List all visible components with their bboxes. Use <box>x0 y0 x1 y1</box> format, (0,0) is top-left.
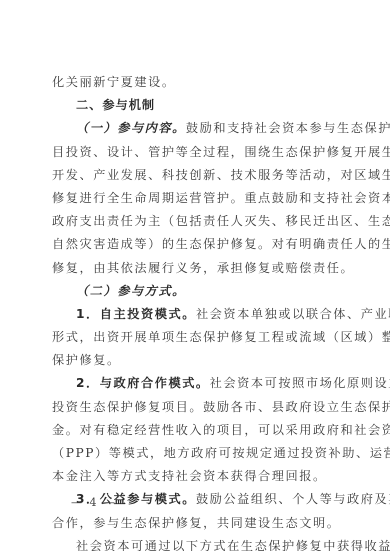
paragraph-line: 合作，参与生态保护修复，共同建设生态文明。 <box>52 512 345 535</box>
paragraph-line: 1．自主投资模式。社会资本单独或以联合体、产业联盟等 <box>52 303 345 326</box>
paragraph-line: 修复进行全生命周期运营管护。重点鼓励和支持社会资本参与以 <box>52 187 345 210</box>
body-text: 本金注入等方式支持社会资本获得合理回报。 <box>52 469 327 483</box>
paragraph-line: （一）参与内容。鼓励和支持社会资本参与生态保护修复项 <box>52 117 345 140</box>
body-text: 鼓励和支持社会资本参与生态保护修复项 <box>186 121 390 135</box>
page-number: — 4 — <box>71 496 117 509</box>
paragraph-line: 形式，出资开展单项生态保护修复工程或流域（区域）整体生态 <box>52 326 345 349</box>
paragraph-line: 化关丽新宁夏建设。 <box>52 71 345 94</box>
subheading-lead: （二）参与方式。 <box>76 284 186 298</box>
paragraph-line: 自然灾害造成等）的生态保护修复。对有明确责任人的生态保护 <box>52 233 345 256</box>
paragraph-line: 投资生态保护修复项目。鼓励各市、县政府设立生态保护修复基 <box>52 396 345 419</box>
paragraph-line: （PPP）等模式，地方政府可按规定通过投资补助、运营补贴、资 <box>52 442 345 465</box>
paragraph-line: 本金注入等方式支持社会资本获得合理回报。 <box>52 465 345 488</box>
paragraph-line: 2．与政府合作模式。社会资本可按照市场化原则设立基金， <box>52 372 345 395</box>
body-text: 开发、产业发展、科技创新、技术服务等活动，对区域生态保护 <box>52 168 390 182</box>
body-text: 合作，参与生态保护修复，共同建设生态文明。 <box>52 516 341 530</box>
paragraph-line: 保护修复。 <box>52 349 345 372</box>
body-text: 鼓励公益组织、个人等与政府及其部门 <box>196 492 390 506</box>
paragraph-line: 修复，由其依法履行义务，承担修复或赔偿责任。 <box>52 257 345 280</box>
item-lead: 2．与政府合作模式。 <box>76 376 210 390</box>
paragraph-line: （二）参与方式。 <box>52 280 345 303</box>
body-text: 修复进行全生命周期运营管护。重点鼓励和支持社会资本参与以 <box>52 191 390 205</box>
body-text: 形式，出资开展单项生态保护修复工程或流域（区域）整体生态 <box>52 330 390 344</box>
paragraph-line: 社会资本可通过以下方式在生态保护修复中获得收益：采取 <box>52 535 345 551</box>
heading-text: 二、参与机制 <box>76 98 155 112</box>
body-text: 化关丽新宁夏建设。 <box>52 75 176 89</box>
body-text: 自然灾害造成等）的生态保护修复。对有明确责任人的生态保护 <box>52 237 390 251</box>
body-text: 目投资、设计、管护等全过程，围绕生态保护修复开展生态产品 <box>52 145 390 159</box>
body-text: 金。对有稳定经营性收入的项目，可以采用政府和社会资本合作 <box>52 423 390 437</box>
item-lead: 1．自主投资模式。 <box>76 307 196 321</box>
body-text: 保护修复。 <box>52 353 121 367</box>
body-text: 投资生态保护修复项目。鼓励各市、县政府设立生态保护修复基 <box>52 400 390 414</box>
paragraph-line: 金。对有稳定经营性收入的项目，可以采用政府和社会资本合作 <box>52 419 345 442</box>
section-heading: 二、参与机制 <box>52 94 345 117</box>
paragraph-line: 目投资、设计、管护等全过程，围绕生态保护修复开展生态产品 <box>52 141 345 164</box>
document-body: 化关丽新宁夏建设。 二、参与机制 （一）参与内容。鼓励和支持社会资本参与生态保护… <box>52 71 345 551</box>
body-text: 社会资本可通过以下方式在生态保护修复中获得收益：采取 <box>76 539 390 551</box>
body-text: 修复，由其依法履行义务，承担修复或赔偿责任。 <box>52 261 354 275</box>
document-page: 化关丽新宁夏建设。 二、参与机制 （一）参与内容。鼓励和支持社会资本参与生态保护… <box>0 0 390 551</box>
paragraph-line: 开发、产业发展、科技创新、技术服务等活动，对区域生态保护 <box>52 164 345 187</box>
body-text: （PPP）等模式，地方政府可按规定通过投资补助、运营补贴、资 <box>52 446 390 460</box>
body-text: 政府支出责任为主（包括责任人灭失、移民迁出区、生态退化、 <box>52 214 390 228</box>
body-text: 社会资本单独或以联合体、产业联盟等 <box>196 307 390 321</box>
subheading-lead: （一）参与内容。 <box>76 121 186 135</box>
body-text: 社会资本可按照市场化原则设立基金， <box>210 376 390 390</box>
paragraph-line: 政府支出责任为主（包括责任人灭失、移民迁出区、生态退化、 <box>52 210 345 233</box>
